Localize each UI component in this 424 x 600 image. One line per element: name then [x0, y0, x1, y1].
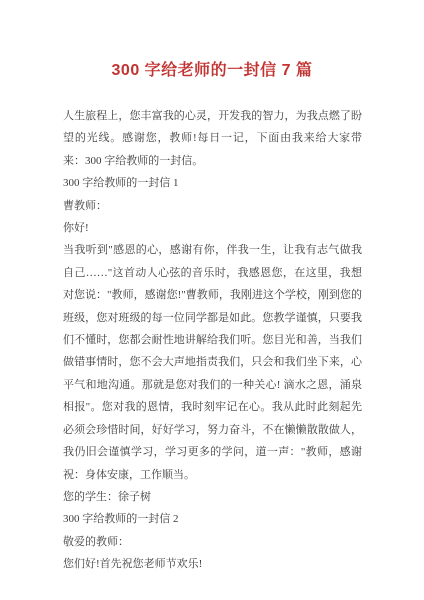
- letter-2-heading: 300 字给教师的一封信 2: [63, 508, 362, 530]
- letter-1-salutation: 曹教师：: [63, 195, 362, 217]
- document-body: 人生旅程上，您丰富我的心灵，开发我的智力，为我点燃了盼望的光线。感谢您，教师!每…: [63, 105, 362, 576]
- letter-1-heading: 300 字给教师的一封信 1: [63, 172, 362, 194]
- letter-2-greeting: 您们好!首先祝您老师节欢乐!: [63, 553, 362, 575]
- page-title: 300 字给老师的一封信 7 篇: [20, 57, 404, 80]
- letter-1-signature: 您的学生：徐子树: [63, 486, 362, 508]
- letter-1-body: 当我听到"感恩的心，感谢有你，伴我一生，让我有志气做我自己……"这首动人心弦的音…: [63, 239, 362, 485]
- document-page: 300 字给老师的一封信 7 篇 人生旅程上，您丰富我的心灵，开发我的智力，为我…: [0, 0, 424, 600]
- letter-1-greeting: 你好!: [63, 217, 362, 239]
- intro-paragraph: 人生旅程上，您丰富我的心灵，开发我的智力，为我点燃了盼望的光线。感谢您，教师!每…: [63, 105, 362, 172]
- letter-2-salutation: 敬爱的教师：: [63, 531, 362, 553]
